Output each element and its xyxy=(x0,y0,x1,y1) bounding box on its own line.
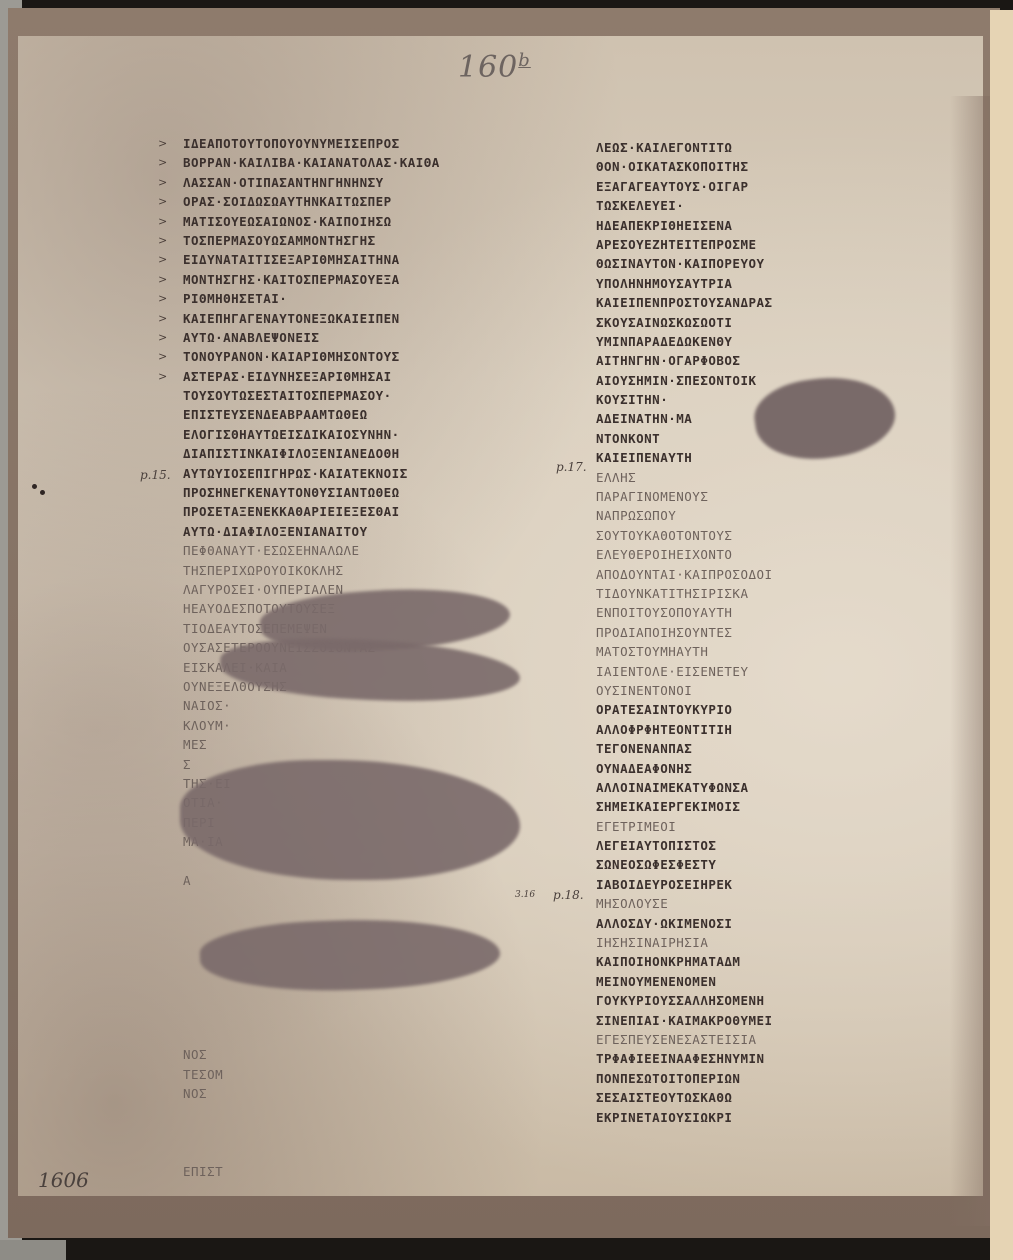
quotation-marks-column: > > > > > > > > > > > > > xyxy=(158,134,172,386)
text-line: ιδεαποτουτοπουουνυμειςεπροσ xyxy=(183,134,523,153)
text-line: ενποιτουσοπουαυτη xyxy=(596,603,886,622)
text-line xyxy=(183,1104,523,1123)
diple-mark: > xyxy=(158,173,172,192)
text-line: αρεσουεζητειτεπροσμε xyxy=(596,235,886,254)
text-line: σεσαιστεουτωσκαθω xyxy=(596,1088,886,1107)
text-line: υποληνημουσαυτρια xyxy=(596,274,886,293)
cloth-backing-bottom xyxy=(0,1240,66,1260)
text-line: καιεπηγαγεναυτονεξωκαιειπεν xyxy=(183,309,523,328)
text-line: τοσπερμασουωσαμμοντηςγης xyxy=(183,231,523,250)
margin-note-p15: p.15. xyxy=(140,468,171,482)
diple-mark: > xyxy=(158,347,172,366)
text-line: εκρινεταιουσιωκρι xyxy=(596,1108,886,1127)
text-line: αποδουνται·καιπροσοδοι xyxy=(596,565,886,584)
diple-mark: > xyxy=(158,289,172,308)
diple-mark: > xyxy=(158,309,172,328)
text-line: τεγονενανπασ xyxy=(596,739,886,758)
text-line: διαπιστινκαιφιλοξενιανεδοθη xyxy=(183,444,523,463)
text-line: αλλοιναιμεκατυφωνσα xyxy=(596,778,886,797)
text-line: εγετριμεοι xyxy=(596,817,886,836)
text-line: ουναδεαφονησ xyxy=(596,759,886,778)
text-line: νοσ xyxy=(183,1084,523,1103)
text-line xyxy=(183,987,523,1006)
text-line: ματισουεωσαιωνος·καιποιησω xyxy=(183,212,523,231)
text-line: τονουρανον·καιαριθμησοντους xyxy=(183,347,523,366)
text-line: ματοστουμηαυτη xyxy=(596,642,886,661)
text-line: αυτω·αναβλεψονεις xyxy=(183,328,523,347)
text-line: ορατεσαιντουκυριο xyxy=(596,700,886,719)
folio-number-value: 160 xyxy=(458,50,518,85)
text-line: τουςουτωςεσταιτοσπερμασου· xyxy=(183,386,523,405)
text-line: ελογισθηαυτωειςδικαιοσυνην· xyxy=(183,425,523,444)
ink-dot xyxy=(32,484,37,489)
text-line: ιησησιναιρησια xyxy=(596,933,886,952)
diple-mark: > xyxy=(158,153,172,172)
text-line: επιστ xyxy=(183,1162,523,1181)
text-line: υμινπαραδεδωκενθυ xyxy=(596,332,886,351)
text-line: ειδυναταιτιςεξαριθμησαιτηνα xyxy=(183,250,523,269)
text-line: τιδουνκατιτησιρισκα xyxy=(596,584,886,603)
text-line xyxy=(183,1123,523,1142)
text-line: βορραν·καιλιβα·καιανατολας·καιθα xyxy=(183,153,523,172)
right-text-column: λεως·καιλεγοντιτω θον·οικατασκοποιτης εξ… xyxy=(596,138,886,1127)
text-line: ιαβοιδευροσειηρεκ xyxy=(596,875,886,894)
folio-suffix: b xyxy=(518,50,531,71)
text-line: τρφαφιεεινααφεσηνυμιν xyxy=(596,1049,886,1068)
text-line: εγεσπευσενεσαςτεισια xyxy=(596,1030,886,1049)
margin-note-p18: p.18. xyxy=(553,888,584,902)
diple-mark: > xyxy=(158,231,172,250)
text-line: πεφθαναυτ·εσωσεηναλωλε xyxy=(183,541,523,560)
text-line: προσεταξενεκκαθαριειεξεσθαι xyxy=(183,502,523,521)
text-line: θωσιναυτον·καιπορευου xyxy=(596,254,886,273)
folio-number: 160b xyxy=(458,50,531,85)
text-line: γουκυριουσσαλλησομενη xyxy=(596,991,886,1010)
diple-mark: > xyxy=(158,367,172,386)
text-line: ουσινεντονοι xyxy=(596,681,886,700)
text-line: λασσαν·οτιπασαντηνγηνηνσυ xyxy=(183,173,523,192)
text-line: εξαγαγεαυτους·οιγαρ xyxy=(596,177,886,196)
diple-mark: > xyxy=(158,250,172,269)
text-line xyxy=(183,890,523,909)
text-line: λεγειαυτοπιστοσ xyxy=(596,836,886,855)
margin-note-p17: p.17. xyxy=(556,460,587,474)
text-line: μεινουμενενομεν xyxy=(596,972,886,991)
text-line xyxy=(183,1026,523,1045)
text-line: αλλοφρφητεοντιτιη xyxy=(596,720,886,739)
text-line: καιειπενπροςτουσανδρας xyxy=(596,293,886,312)
text-line: σημεικαιεργεκιμοις xyxy=(596,797,886,816)
text-line: θον·οικατασκοποιτης xyxy=(596,157,886,176)
diple-mark: > xyxy=(158,212,172,231)
diple-mark: > xyxy=(158,192,172,211)
text-line: αυτωυιοςεπιγηρως·καιατεκνοις xyxy=(183,464,523,483)
text-line: σινεπιαι·καιμακροθυμει xyxy=(596,1011,886,1030)
text-line: ορας·σοιδωσωαυτηνκαιτωσπερ xyxy=(183,192,523,211)
text-line: ριθμηθησεται· xyxy=(183,289,523,308)
text-line: αιτηνγην·ογαρφοβος xyxy=(596,351,886,370)
text-line: ηδεαπεκριθηειςενα xyxy=(596,216,886,235)
text-line: νοσ xyxy=(183,1045,523,1064)
text-line: επιστευσενδεαβρααμτωθεω xyxy=(183,405,523,424)
text-line: τησπεριχωρουοικοκλης xyxy=(183,561,523,580)
text-line: μησολουσε xyxy=(596,894,886,913)
plate-number: 1606 xyxy=(38,1168,89,1192)
text-line: ναπρωσωπου xyxy=(596,506,886,525)
text-line: ελευθεροιηειχοντο xyxy=(596,545,886,564)
text-line: λεως·καιλεγοντιτω xyxy=(596,138,886,157)
text-line: σωνεοσωφεσφεστυ xyxy=(596,855,886,874)
text-line: πονπεσωτοιτοπεριων xyxy=(596,1069,886,1088)
text-line: σκουσαινωσκωσωοτι xyxy=(596,313,886,332)
text-line: προδιαποιησουντες xyxy=(596,623,886,642)
text-line: τεσομ xyxy=(183,1065,523,1084)
diple-mark: > xyxy=(158,270,172,289)
text-line: προσηνεγκεναυτονθυσιαντωθεω xyxy=(183,483,523,502)
diple-mark: > xyxy=(158,134,172,153)
adjacent-page-edge xyxy=(990,10,1013,1260)
diple-mark: > xyxy=(158,328,172,347)
text-line: αλλοσδυ·ωκιμενοσι xyxy=(596,914,886,933)
text-line: καιποιηονκρηματαδμ xyxy=(596,952,886,971)
text-line: αστερας·ειδυνησεξαριθμησαι xyxy=(183,367,523,386)
text-line xyxy=(183,1007,523,1026)
text-line: παραγινομενουσ xyxy=(596,487,886,506)
ink-dot xyxy=(40,490,45,495)
text-line: τωσκελευει· xyxy=(596,196,886,215)
text-line: κλουμ· xyxy=(183,716,523,735)
text-line xyxy=(183,1142,523,1161)
text-line: μοντηςγης·καιτοσπερμασουεξα xyxy=(183,270,523,289)
leaf-shadow-edge xyxy=(950,96,990,1226)
text-line: μεσ xyxy=(183,735,523,754)
text-line: ελλησ xyxy=(596,468,886,487)
text-line: αυτω·διαφιλοξενιαναιτου xyxy=(183,522,523,541)
text-line: ιαιεντολε·εισενετευ xyxy=(596,662,886,681)
text-line: σουτουκαθοτοντουσ xyxy=(596,526,886,545)
